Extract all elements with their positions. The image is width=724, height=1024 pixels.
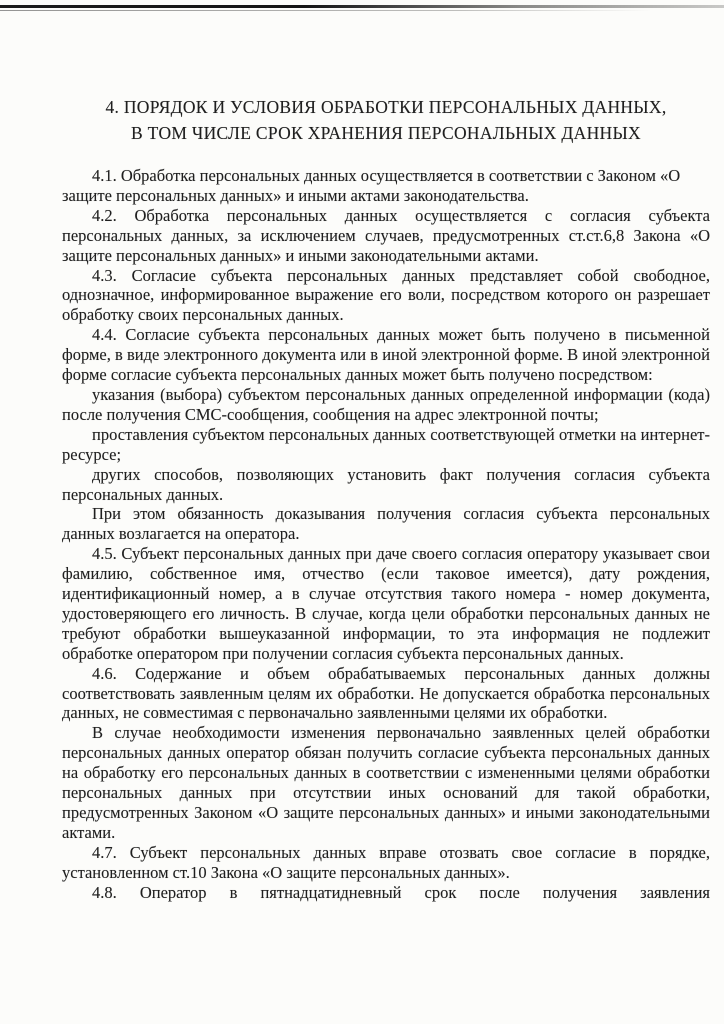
paragraph-4-6: 4.6. Содержание и объем обрабатываемых п… bbox=[62, 664, 710, 724]
scanned-document-page: 4. ПОРЯДОК И УСЛОВИЯ ОБРАБОТКИ ПЕРСОНАЛЬ… bbox=[0, 0, 724, 1024]
paragraph-4-8: 4.8. Оператор в пятнадцатидневный срок п… bbox=[62, 883, 710, 903]
document-body: 4.1. Обработка персональных данных осуще… bbox=[62, 166, 710, 903]
paragraph-4-1: 4.1. Обработка персональных данных осуще… bbox=[62, 166, 710, 206]
paragraph-4-4-item-3: других способов, позволяющих установить … bbox=[62, 465, 710, 505]
paragraph-4-7: 4.7. Субъект персональных данных вправе … bbox=[62, 843, 710, 883]
document-content: 4. ПОРЯДОК И УСЛОВИЯ ОБРАБОТКИ ПЕРСОНАЛЬ… bbox=[62, 0, 710, 903]
paragraph-4-5: 4.5. Субъект персональных данных при дач… bbox=[62, 544, 710, 663]
section-title-line-1: 4. ПОРЯДОК И УСЛОВИЯ ОБРАБОТКИ ПЕРСОНАЛЬ… bbox=[62, 94, 710, 120]
paragraph-4-6-note: В случае необходимости изменения первона… bbox=[62, 723, 710, 842]
paragraph-4-4: 4.4. Согласие субъекта персональных данн… bbox=[62, 325, 710, 385]
paragraph-4-3: 4.3. Согласие субъекта персональных данн… bbox=[62, 266, 710, 326]
section-title: 4. ПОРЯДОК И УСЛОВИЯ ОБРАБОТКИ ПЕРСОНАЛЬ… bbox=[62, 94, 710, 146]
paragraph-4-4-item-2: проставления субъектом персональных данн… bbox=[62, 425, 710, 465]
paragraph-4-4-note: При этом обязанность доказывания получен… bbox=[62, 504, 710, 544]
paragraph-4-2: 4.2. Обработка персональных данных осуще… bbox=[62, 206, 710, 266]
paragraph-4-4-item-1: указания (выбора) субъектом персональных… bbox=[62, 385, 710, 425]
section-title-line-2: В ТОМ ЧИСЛЕ СРОК ХРАНЕНИЯ ПЕРСОНАЛЬНЫХ Д… bbox=[62, 120, 710, 146]
